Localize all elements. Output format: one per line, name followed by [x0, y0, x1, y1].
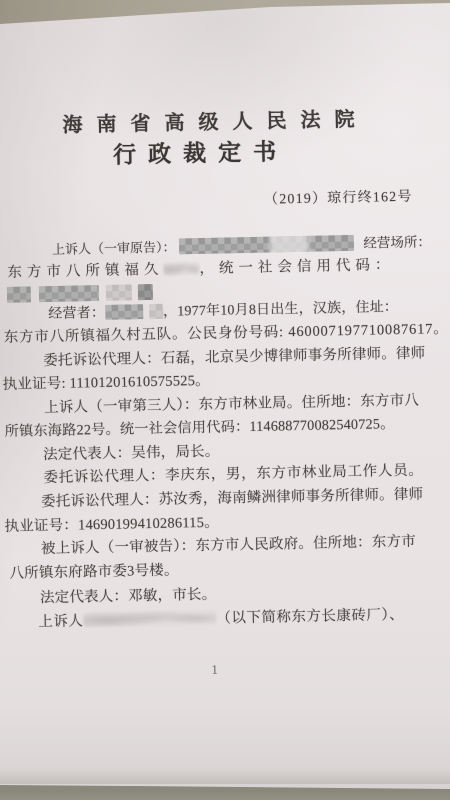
summary-post: （以下简称东方长康砖厂）、	[216, 607, 404, 627]
redaction-row-credit-code	[7, 284, 153, 303]
redaction-smudge-appellant	[83, 610, 216, 628]
agent-shilei-line: 委托诉讼代理人：石磊，北京吴少博律师事务所律师。律师	[43, 343, 426, 371]
redaction-smudge-address	[163, 262, 199, 276]
credit-code-label: ，统一社会信用代码：	[199, 257, 394, 277]
agent-liqingdong-line: 委托诉讼代理人：李庆东，男，东方市林业局工作人员。	[43, 461, 423, 489]
case-number: （2019）琼行终162号	[264, 188, 413, 211]
court-name: 海南省高级人民法院	[62, 103, 369, 138]
page-number: 1	[211, 662, 218, 678]
appellant-summary-line: 上诉人（以下简称东方长康砖厂）、	[38, 605, 404, 632]
agent-suruxiu-line: 委托诉讼代理人：苏汝秀，海南鳞洲律师事务所律师。律师	[41, 485, 424, 513]
summary-pre: 上诉人	[38, 613, 83, 630]
address1-text: 东方市八所镇福久	[7, 262, 163, 281]
document-paper: 海南省高级人民法院 行政裁定书 （2019）琼行终162号 上诉人（一审原告）：…	[0, 0, 450, 800]
agent-suruxiu-license-line: 执业证号：14690199410286115。	[4, 513, 219, 537]
appellee-line: 被上诉人（一审被告）：东方市人民政府。住所地：东方市	[41, 532, 416, 560]
photo-background: 海南省高级人民法院 行政裁定书 （2019）琼行终162号 上诉人（一审原告）：…	[0, 0, 450, 800]
document-type-title: 行政裁定书	[113, 133, 289, 170]
premises-label: 经营场所：	[363, 234, 431, 250]
third-party-address-line: 所镇东海路22号。统一社会信用代码：114688770082540725。	[4, 414, 394, 442]
operator-label: 经营者：	[48, 306, 105, 322]
appellee-address-line: 八所镇东府路市委3号楼。	[9, 560, 179, 583]
legal-rep-dengmin-line: 法定代表人：邓敏，市长。	[40, 585, 217, 609]
redaction-mosaic-operator-name	[105, 304, 143, 320]
redaction-mosaic-appellant-name	[178, 235, 353, 255]
redaction-mosaic-block-4	[138, 284, 153, 300]
operator-info: ，1977年10月8日出生，汉族，住址：	[163, 300, 398, 320]
paper-bottom-shadow	[0, 768, 450, 784]
appellant-label: 上诉人（一审原告）：	[52, 239, 176, 256]
redaction-mosaic-block-2	[39, 285, 99, 302]
agent-shilei-license-line: 执业证号: 11101201610575525。	[3, 371, 211, 395]
redaction-mosaic-block-1	[7, 286, 31, 302]
redaction-mosaic-block-3	[106, 284, 132, 301]
redaction-mosaic-operator-name-2	[149, 304, 163, 319]
legal-rep-wuwei-line: 法定代表人：吴伟，局长。	[43, 442, 220, 466]
